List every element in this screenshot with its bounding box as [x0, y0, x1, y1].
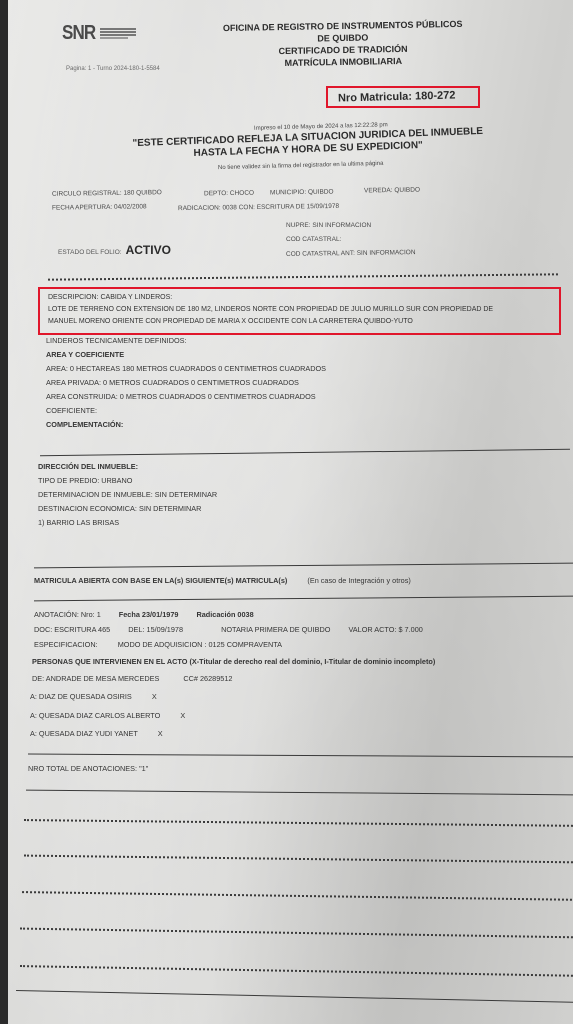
certificate-photo: SNR Pagina: 1 - Turno 2024-180-1-5584 OF…: [8, 0, 573, 1024]
depto: DEPTO: CHOCO: [204, 190, 254, 198]
personas-header: PERSONAS QUE INTERVIENEN EN EL ACTO (X-T…: [32, 655, 435, 669]
cod-catastral: COD CATASTRAL:: [286, 236, 341, 243]
municipio: MUNICIPIO: QUIBDO: [270, 189, 334, 197]
cod-catastral-ant: COD CATASTRAL ANT: SIN INFORMACION: [286, 249, 416, 258]
validity-notice: No tiene validez sin la firma del regist…: [218, 161, 384, 171]
person-row: A: QUESADA DIAZ CARLOS ALBERTO X: [30, 709, 185, 723]
anotacion-especificacion: ESPECIFICACION: MODO DE ADQUISICION : 01…: [34, 638, 282, 652]
matricula-abierta: MATRICULA ABIERTA CON BASE EN LA(s) SIGU…: [34, 574, 411, 588]
person-row: A: QUESADA DIAZ YUDI YANET X: [30, 727, 163, 741]
divider-dotted: [20, 928, 573, 939]
area-section: LINDEROS TECNICAMENTE DEFINIDOS: AREA Y …: [46, 334, 326, 432]
divider-line: [34, 596, 573, 602]
description-section: DESCRIPCION: CABIDA Y LINDEROS: LOTE DE …: [48, 292, 493, 328]
person-row: A: DIAZ DE QUESADA OSIRIS X: [30, 690, 157, 704]
office-title: OFICINA DE REGISTRO DE INSTRUMENTOS PÚBL…: [213, 18, 474, 71]
estado-folio: ESTADO DEL FOLIO:ACTIVO: [58, 243, 171, 257]
radicacion: RADICACION: 0038 CON: ESCRITURA DE 15/09…: [178, 203, 339, 212]
logo-subtitle-lines: [100, 28, 136, 39]
nupre: NUPRE: SIN INFORMACION: [286, 222, 371, 229]
divider-dotted: [24, 855, 573, 864]
snr-logo: SNR: [62, 22, 136, 45]
vereda: VEREDA: QUIBDO: [364, 187, 420, 195]
divider-line: [26, 790, 573, 796]
certificate-statement: "ESTE CERTIFICADO REFLEJA LA SITUACION J…: [128, 126, 489, 163]
page-info: Pagina: 1 - Turno 2024-180-1-5584: [66, 66, 160, 72]
divider-line: [16, 990, 573, 1003]
divider-line: [40, 449, 570, 456]
total-anotaciones: NRO TOTAL DE ANOTACIONES: "1": [28, 762, 148, 776]
fecha-apertura: FECHA APERTURA: 04/02/2008: [52, 203, 147, 211]
divider-dotted: [48, 273, 558, 280]
address-section: DIRECCIÓN DEL INMUEBLE: TIPO DE PREDIO: …: [38, 460, 217, 530]
divider-line: [28, 754, 573, 758]
circulo-registral: CIRCULO REGISTRAL: 180 QUIBDO: [52, 189, 162, 198]
divider-dotted: [24, 819, 573, 827]
divider-line: [34, 563, 573, 569]
anotacion-header: ANOTACIÓN: Nro: 1 Fecha 23/01/1979 Radic…: [34, 608, 254, 622]
person-de: DE: ANDRADE DE MESA MERCEDES CC# 2628951…: [32, 672, 232, 686]
divider-dotted: [22, 891, 573, 901]
anotacion-doc: DOC: ESCRITURA 465 DEL: 15/09/1978 NOTAR…: [34, 623, 423, 637]
divider-dotted: [20, 965, 573, 977]
